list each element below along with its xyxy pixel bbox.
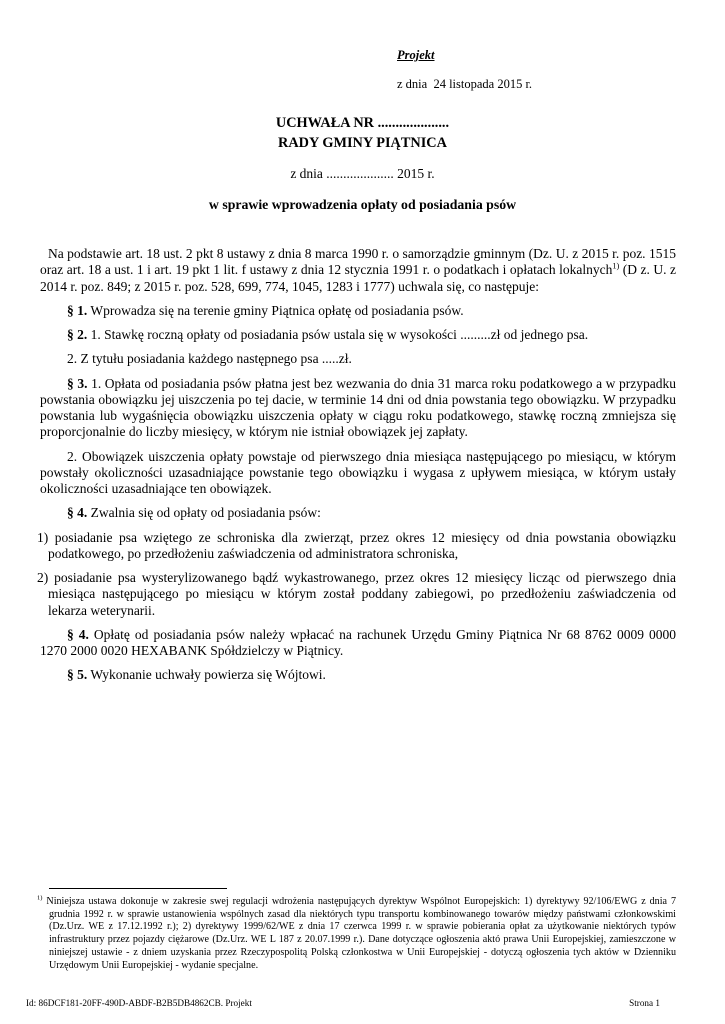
paragraph: 1) posiadanie psa wziętego ze schroniska… <box>37 530 676 563</box>
paragraph: § 3. 1. Opłata od posiadania psów płatna… <box>40 376 676 441</box>
paragraph-marker: § 5. <box>67 667 87 682</box>
paragraph-marker: § 4. <box>67 505 87 520</box>
paragraph-text: Zwalnia się od opłaty od posiadania psów… <box>87 505 321 520</box>
title-council-name: RADY GMINY PIĄTNICA <box>0 134 725 154</box>
paragraph-marker: 2) <box>37 570 48 585</box>
paragraph-marker: § 2. <box>67 327 87 342</box>
project-date: z dnia 24 listopada 2015 r. <box>397 77 532 92</box>
title-resolution-number: UCHWAŁA NR .................... <box>0 114 725 134</box>
page-number: Strona 1 <box>629 998 660 1008</box>
paragraph: 2. Obowiązek uiszczenia opłaty powstaje … <box>40 449 676 498</box>
paragraph-text: Wykonanie uchwały powierza się Wójtowi. <box>87 667 326 682</box>
subject-line: w sprawie wprowadzenia opłaty od posiada… <box>0 197 725 213</box>
paragraph-text: 2. Obowiązek uiszczenia opłaty powstaje … <box>40 449 676 497</box>
paragraph-marker: 1) <box>37 530 48 545</box>
footnote-separator <box>49 888 227 889</box>
page-footer: Id: 86DCF181-20FF-490D-ABDF-B2B5DB4862CB… <box>26 998 660 1008</box>
paragraph-text: 2. Z tytułu posiadania każdego następneg… <box>67 351 352 366</box>
document-title: UCHWAŁA NR .................... RADY GMI… <box>0 114 725 153</box>
paragraph-marker: § 4. <box>67 627 89 642</box>
paragraph-text: Opłatę od posiadania psów należy wpłacać… <box>40 627 676 658</box>
paragraph: § 4. Opłatę od posiadania psów należy wp… <box>40 627 676 660</box>
paragraph-text: Wprowadza się na terenie gminy Piątnica … <box>87 303 463 318</box>
footnote-text: Niniejsza ustawa dokonuje w zakresie swe… <box>42 896 676 971</box>
preamble-text: Na podstawie art. 18 ust. 2 pkt 8 ustawy… <box>40 246 676 277</box>
paragraph: § 1. Wprowadza się na terenie gminy Piąt… <box>40 303 676 319</box>
paragraph-marker: § 1. <box>67 303 87 318</box>
paragraph: 2. Z tytułu posiadania każdego następneg… <box>40 351 676 367</box>
document-body: Na podstawie art. 18 ust. 2 pkt 8 ustawy… <box>40 246 676 684</box>
paragraph: § 5. Wykonanie uchwały powierza się Wójt… <box>40 667 676 683</box>
paragraph-list: § 1. Wprowadza się na terenie gminy Piąt… <box>40 303 676 684</box>
paragraph: 2) posiadanie psa wysterylizowanego bądź… <box>37 570 676 619</box>
paragraph-text: posiadanie psa wziętego ze schroniska dl… <box>48 530 676 561</box>
footnote: 1) Niniejsza ustawa dokonuje w zakresie … <box>37 896 676 972</box>
paragraph-text: 1. Opłata od posiadania psów płatna jest… <box>40 376 676 440</box>
resolution-date-line: z dnia .................... 2015 r. <box>0 166 725 182</box>
paragraph: § 2. 1. Stawkę roczną opłaty od posiadan… <box>40 327 676 343</box>
paragraph: § 4. Zwalnia się od opłaty od posiadania… <box>40 505 676 521</box>
preamble-paragraph: Na podstawie art. 18 ust. 2 pkt 8 ustawy… <box>40 246 676 295</box>
paragraph-text: 1. Stawkę roczną opłaty od posiadania ps… <box>87 327 588 342</box>
paragraph-marker: § 3. <box>67 376 87 391</box>
document-id: Id: 86DCF181-20FF-490D-ABDF-B2B5DB4862CB… <box>26 998 252 1008</box>
project-label: Projekt <box>397 48 532 63</box>
project-block: Projekt z dnia 24 listopada 2015 r. <box>397 48 532 92</box>
paragraph-text: posiadanie psa wysterylizowanego bądź wy… <box>48 570 676 618</box>
document-page: Projekt z dnia 24 listopada 2015 r. UCHW… <box>0 0 725 1024</box>
